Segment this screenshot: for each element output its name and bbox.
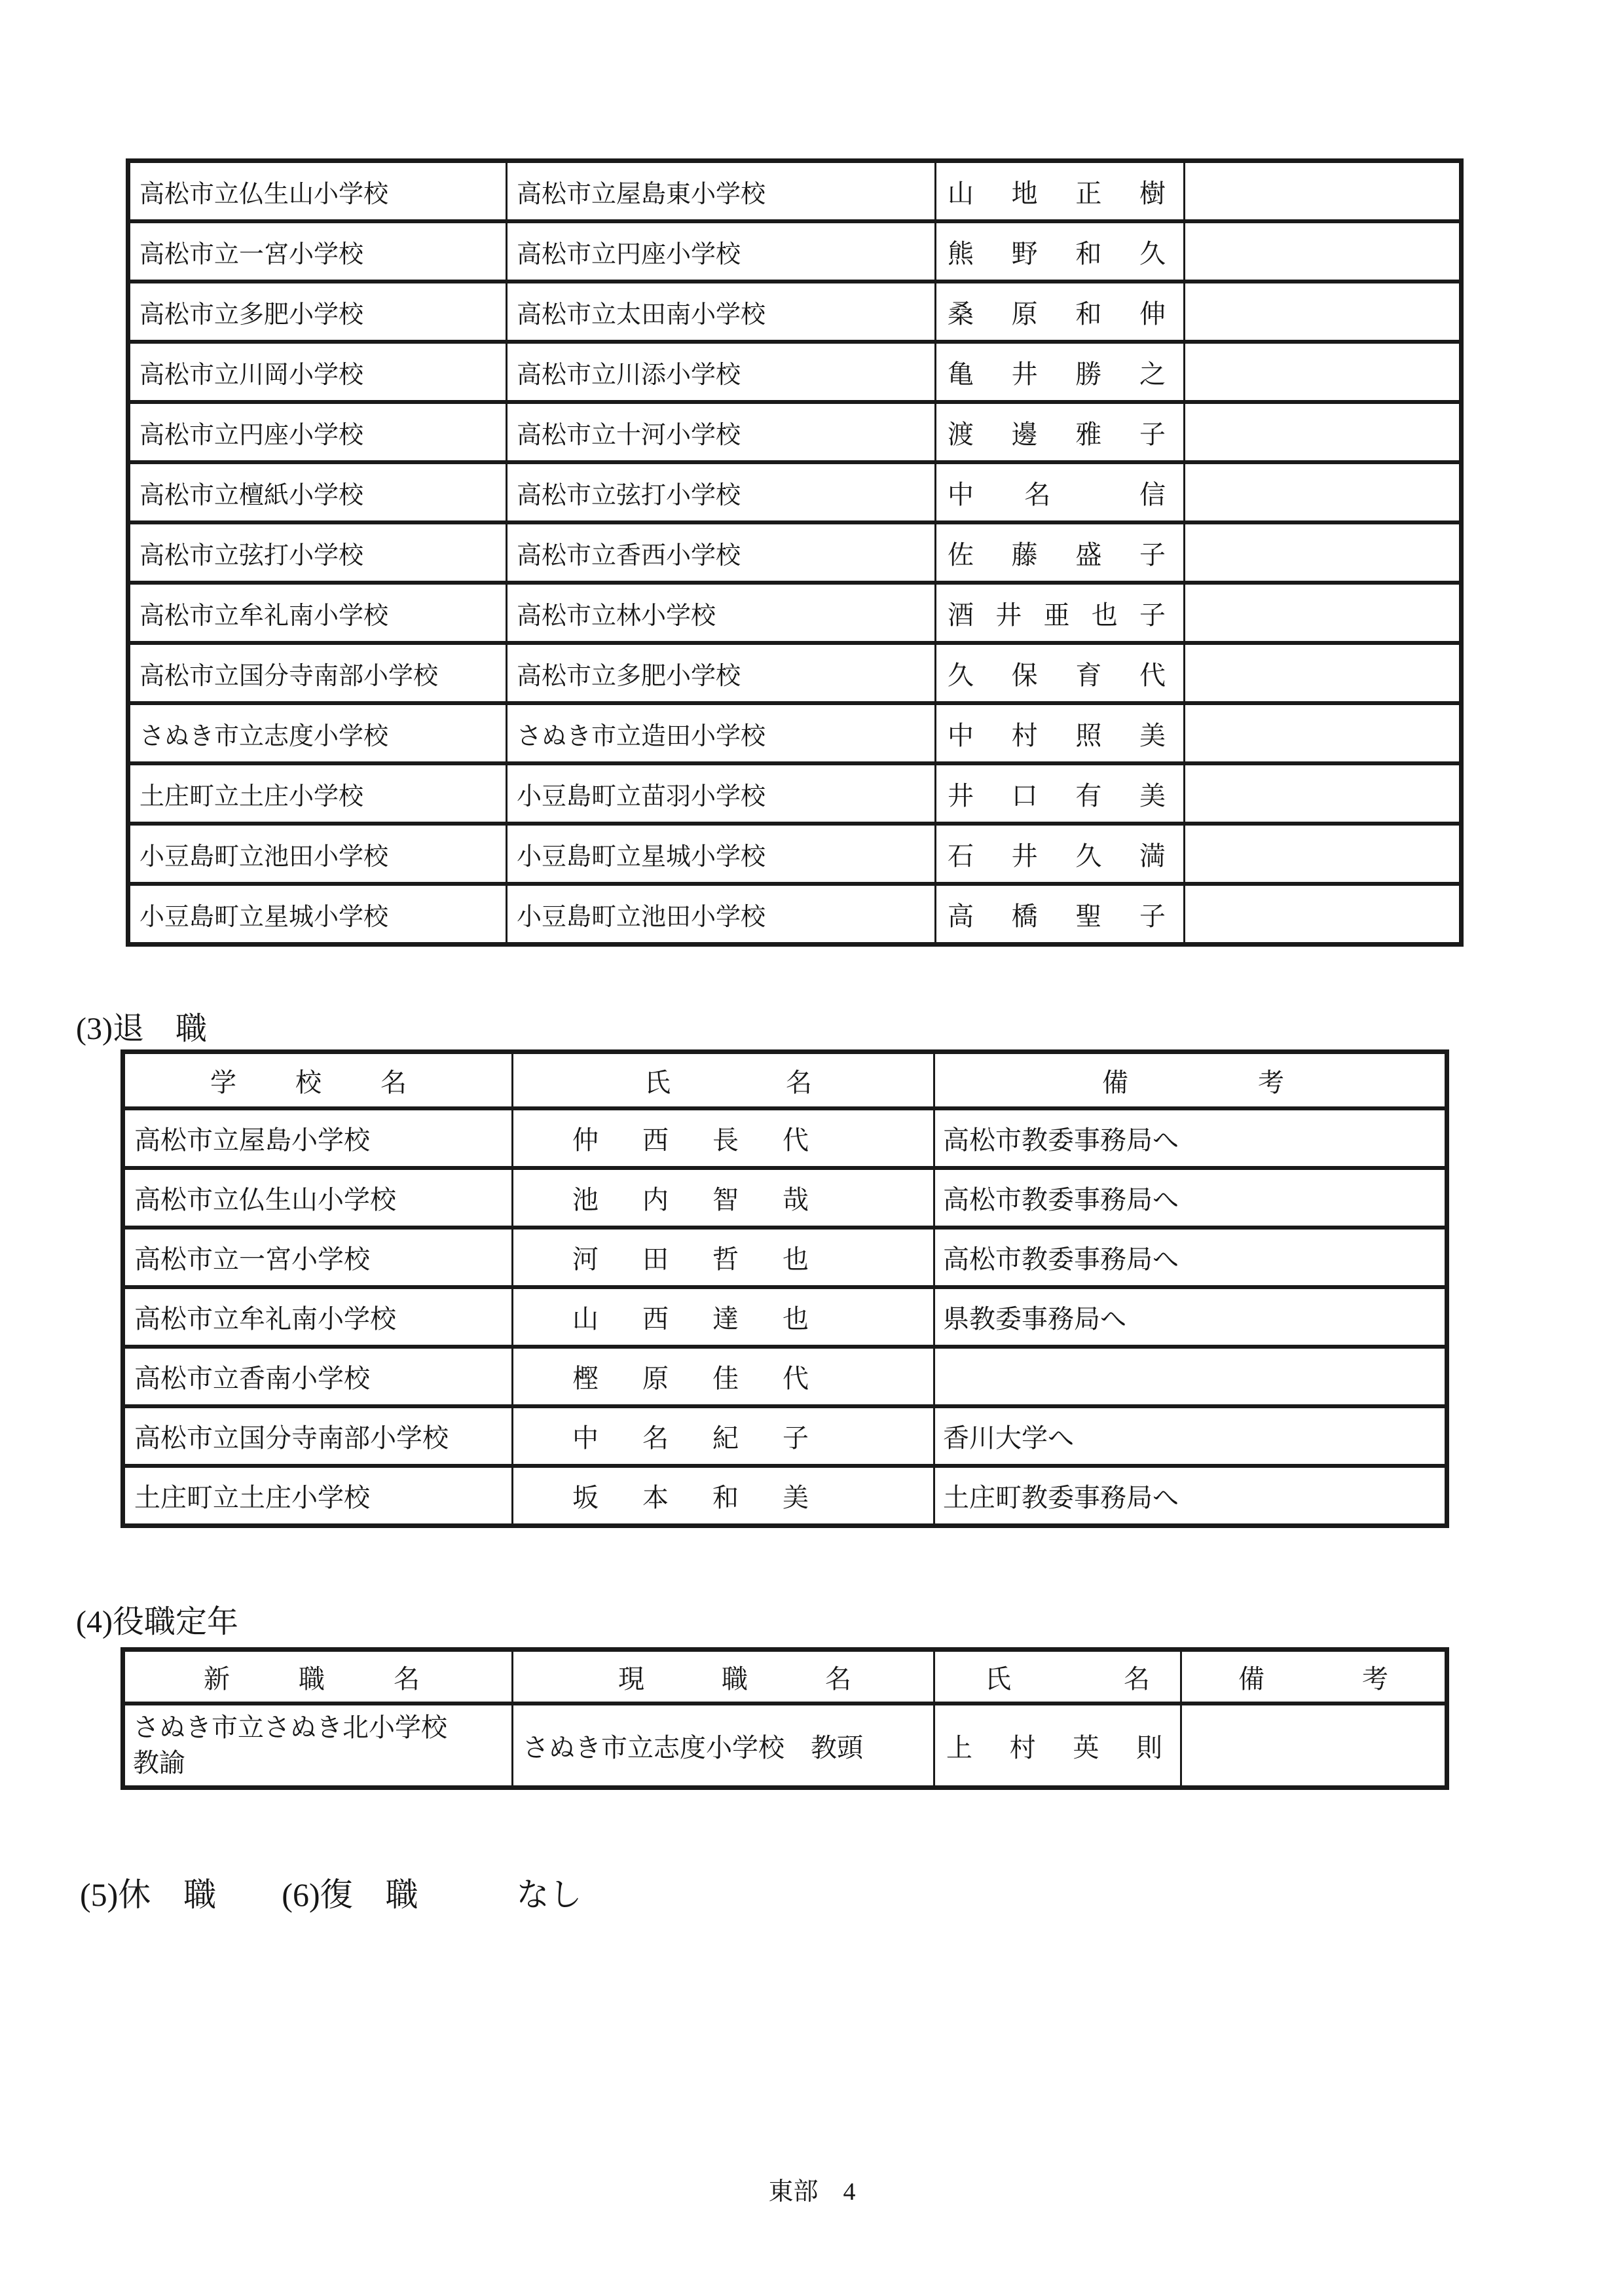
table-row: 高松市立一宮小学校 河 田 哲 也 高松市教委事務局へ (123, 1228, 1447, 1287)
remarks-cell (1185, 763, 1462, 824)
new-position-line1: さぬき市立さぬき北小学校 (133, 1710, 507, 1745)
table-row: 土庄町立土庄小学校 小豆島町立苗羽小学校 井 口 有 美 (128, 763, 1462, 824)
person-name-cell: 佐 藤 盛 子 (936, 522, 1185, 583)
school-name-cell: 高松市立牟礼南小学校 (123, 1287, 513, 1347)
role-retirement-table: 新 職 名 現 職 名 氏 名 備 考 さぬき市立さぬき北小学校 教諭 さぬき市… (120, 1647, 1449, 1790)
new-position-header: 新 職 名 (123, 1650, 513, 1704)
new-school-cell: 高松市立川岡小学校 (128, 342, 507, 402)
table-row: 高松市立牟礼南小学校 高松市立林小学校 酒 井 亜 也 子 (128, 583, 1462, 643)
new-school-cell: 高松市立多肥小学校 (128, 282, 507, 342)
remarks-cell (1185, 462, 1462, 522)
section-role-retirement-title: (4)役職定年 (76, 1596, 238, 1641)
remarks-header: 備 考 (934, 1052, 1447, 1109)
school-name-cell: 高松市立国分寺南部小学校 (123, 1406, 513, 1466)
person-name-cell: 山 西 達 也 (513, 1287, 934, 1347)
former-school-cell: 高松市立弦打小学校 (507, 462, 936, 522)
new-school-cell: 高松市立円座小学校 (128, 402, 507, 462)
person-name-cell: 井 口 有 美 (936, 763, 1185, 824)
person-name-header: 氏 名 (513, 1052, 934, 1109)
new-school-cell: 土庄町立土庄小学校 (128, 763, 507, 824)
person-name-cell: 中 村 照 美 (936, 703, 1185, 763)
remarks-cell (1185, 161, 1462, 222)
remarks-cell (1185, 282, 1462, 342)
remarks-cell (1185, 342, 1462, 402)
table-row: 高松市立多肥小学校 高松市立太田南小学校 桑 原 和 伸 (128, 282, 1462, 342)
former-school-cell: 高松市立川添小学校 (507, 342, 936, 402)
remarks-cell: 香川大学へ (934, 1406, 1447, 1466)
table-row: 高松市立屋島小学校 仲 西 長 代 高松市教委事務局へ (123, 1108, 1447, 1168)
former-school-cell: 高松市立香西小学校 (507, 522, 936, 583)
remarks-cell: 土庄町教委事務局へ (934, 1466, 1447, 1526)
person-name-cell: 山 地 正 樹 (936, 161, 1185, 222)
remarks-cell (1185, 703, 1462, 763)
school-name-cell: 高松市立仏生山小学校 (123, 1168, 513, 1228)
remarks-cell (1185, 402, 1462, 462)
person-name-cell: 仲 西 長 代 (513, 1108, 934, 1168)
table-row: 高松市立川岡小学校 高松市立川添小学校 亀 井 勝 之 (128, 342, 1462, 402)
person-name-cell: 池 内 智 哉 (513, 1168, 934, 1228)
table-row: 小豆島町立池田小学校 小豆島町立星城小学校 石 井 久 満 (128, 824, 1462, 884)
table-row: 高松市立国分寺南部小学校 高松市立多肥小学校 久 保 育 代 (128, 643, 1462, 703)
new-school-cell: 高松市立仏生山小学校 (128, 161, 507, 222)
former-school-cell: 高松市立林小学校 (507, 583, 936, 643)
header-row: 学 校 名 氏 名 備 考 (123, 1052, 1447, 1109)
person-name-cell: 坂 本 和 美 (513, 1466, 934, 1526)
person-name-cell: 樫 原 佳 代 (513, 1347, 934, 1406)
new-position-line2: 教諭 (133, 1745, 507, 1781)
person-name-cell: 桑 原 和 伸 (936, 282, 1185, 342)
remarks-cell (1185, 884, 1462, 945)
table-row: 高松市立円座小学校 高松市立十河小学校 渡 邊 雅 子 (128, 402, 1462, 462)
person-name-cell: 熊 野 和 久 (936, 221, 1185, 282)
former-school-cell: 高松市立屋島東小学校 (507, 161, 936, 222)
remarks-header: 備 考 (1181, 1650, 1447, 1704)
remarks-cell (1181, 1704, 1447, 1788)
new-school-cell: 高松市立弦打小学校 (128, 522, 507, 583)
remarks-cell (1185, 221, 1462, 282)
person-name-cell: 上 村 英 則 (934, 1704, 1181, 1788)
person-name-cell: 中 名 信 (936, 462, 1185, 522)
school-name-cell: 高松市立屋島小学校 (123, 1108, 513, 1168)
table-row: 高松市立仏生山小学校 池 内 智 哉 高松市教委事務局へ (123, 1168, 1447, 1228)
former-school-cell: 小豆島町立池田小学校 (507, 884, 936, 945)
former-school-cell: 高松市立太田南小学校 (507, 282, 936, 342)
table-row: 小豆島町立星城小学校 小豆島町立池田小学校 高 橋 聖 子 (128, 884, 1462, 945)
person-name-cell: 高 橋 聖 子 (936, 884, 1185, 945)
former-school-cell: 高松市立円座小学校 (507, 221, 936, 282)
school-name-cell: 土庄町立土庄小学校 (123, 1466, 513, 1526)
school-name-cell: 高松市立一宮小学校 (123, 1228, 513, 1287)
remarks-cell: 県教委事務局へ (934, 1287, 1447, 1347)
former-school-cell: 高松市立十河小学校 (507, 402, 936, 462)
remarks-cell (1185, 522, 1462, 583)
table-row: 高松市立仏生山小学校 高松市立屋島東小学校 山 地 正 樹 (128, 161, 1462, 222)
table-row: 高松市立檀紙小学校 高松市立弦打小学校 中 名 信 (128, 462, 1462, 522)
former-school-cell: 小豆島町立苗羽小学校 (507, 763, 936, 824)
new-school-cell: 高松市立檀紙小学校 (128, 462, 507, 522)
person-name-cell: 中 名 紀 子 (513, 1406, 934, 1466)
person-name-cell: 河 田 哲 也 (513, 1228, 934, 1287)
transfer-table: 高松市立仏生山小学校 高松市立屋島東小学校 山 地 正 樹 高松市立一宮小学校 … (126, 158, 1464, 947)
new-school-cell: 小豆島町立星城小学校 (128, 884, 507, 945)
table-row: 高松市立牟礼南小学校 山 西 達 也 県教委事務局へ (123, 1287, 1447, 1347)
new-school-cell: 小豆島町立池田小学校 (128, 824, 507, 884)
person-name-cell: 久 保 育 代 (936, 643, 1185, 703)
remarks-cell: 高松市教委事務局へ (934, 1228, 1447, 1287)
person-name-cell: 石 井 久 満 (936, 824, 1185, 884)
remarks-cell (1185, 824, 1462, 884)
table-row: 高松市立一宮小学校 高松市立円座小学校 熊 野 和 久 (128, 221, 1462, 282)
leave-reinstatement-line: (5)休 職 (6)復 職 なし (80, 1868, 582, 1916)
school-name-header: 学 校 名 (123, 1052, 513, 1109)
new-school-cell: 高松市立牟礼南小学校 (128, 583, 507, 643)
remarks-cell (1185, 583, 1462, 643)
person-name-header: 氏 名 (934, 1650, 1181, 1704)
former-school-cell: さぬき市立造田小学校 (507, 703, 936, 763)
remarks-cell (934, 1347, 1447, 1406)
school-name-cell: 高松市立香南小学校 (123, 1347, 513, 1406)
page-footer: 東部 4 (0, 2171, 1624, 2207)
current-position-header: 現 職 名 (513, 1650, 934, 1704)
person-name-cell: 亀 井 勝 之 (936, 342, 1185, 402)
person-name-cell: 渡 邊 雅 子 (936, 402, 1185, 462)
remarks-cell: 高松市教委事務局へ (934, 1108, 1447, 1168)
table-row: さぬき市立さぬき北小学校 教諭 さぬき市立志度小学校 教頭 上 村 英 則 (123, 1704, 1447, 1788)
retirement-table: 学 校 名 氏 名 備 考 高松市立屋島小学校 仲 西 長 代 高松市教委事務局… (120, 1049, 1449, 1528)
former-school-cell: 小豆島町立星城小学校 (507, 824, 936, 884)
new-school-cell: さぬき市立志度小学校 (128, 703, 507, 763)
table-row: さぬき市立志度小学校 さぬき市立造田小学校 中 村 照 美 (128, 703, 1462, 763)
remarks-cell: 高松市教委事務局へ (934, 1168, 1447, 1228)
section-retirement-title: (3)退 職 (76, 1003, 207, 1048)
new-school-cell: 高松市立一宮小学校 (128, 221, 507, 282)
former-school-cell: 高松市立多肥小学校 (507, 643, 936, 703)
current-position-cell: さぬき市立志度小学校 教頭 (513, 1704, 934, 1788)
person-name-cell: 酒 井 亜 也 子 (936, 583, 1185, 643)
new-school-cell: 高松市立国分寺南部小学校 (128, 643, 507, 703)
table-row: 高松市立香南小学校 樫 原 佳 代 (123, 1347, 1447, 1406)
table-row: 高松市立国分寺南部小学校 中 名 紀 子 香川大学へ (123, 1406, 1447, 1466)
new-position-cell: さぬき市立さぬき北小学校 教諭 (123, 1704, 513, 1788)
table-row: 高松市立弦打小学校 高松市立香西小学校 佐 藤 盛 子 (128, 522, 1462, 583)
remarks-cell (1185, 643, 1462, 703)
table-row: 土庄町立土庄小学校 坂 本 和 美 土庄町教委事務局へ (123, 1466, 1447, 1526)
header-row: 新 職 名 現 職 名 氏 名 備 考 (123, 1650, 1447, 1704)
